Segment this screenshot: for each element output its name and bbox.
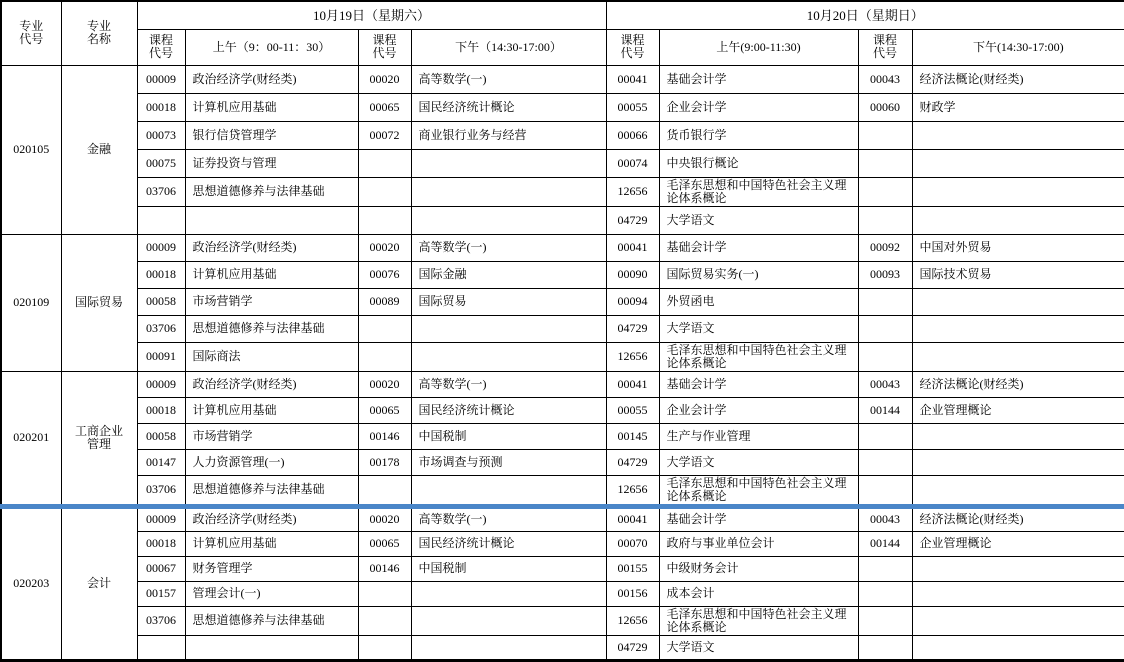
course-name-cell: 中国税制 [411,556,606,581]
course-name-cell: 高等数学(一) [411,506,606,531]
course-code-cell: 00144 [858,397,912,423]
course-code-cell: 00156 [606,581,659,606]
course-name-cell: 中国对外贸易 [912,234,1124,261]
course-code-cell: 00092 [858,234,912,261]
course-name-cell: 中级财务会计 [659,556,858,581]
major-code-header: 专业代号 [1,1,61,65]
course-code-cell: 00147 [137,449,185,475]
course-code-cell: 00178 [358,449,411,475]
course-name-cell [411,315,606,342]
course-code-cell: 00009 [137,65,185,93]
course-name-cell: 国际商法 [185,342,358,371]
course-code-cell: 00065 [358,93,411,121]
course-name-cell: 成本会计 [659,581,858,606]
course-name-cell: 市场营销学 [185,423,358,449]
course-name-cell: 基础会计学 [659,506,858,531]
course-name-cell: 货币银行学 [659,121,858,149]
major-name-cell: 国际贸易 [61,234,137,371]
course-code-cell [858,288,912,315]
schedule-row: 00058市场营销学00089国际贸易00094外贸函电 [1,288,1124,315]
course-name-cell: 高等数学(一) [411,234,606,261]
course-code-cell: 00075 [137,149,185,177]
course-name-cell: 计算机应用基础 [185,531,358,556]
course-code-cell [858,315,912,342]
course-code-cell [858,475,912,506]
course-code-cell: 00073 [137,121,185,149]
course-code-cell [137,635,185,660]
course-code-cell: 00018 [137,261,185,288]
schedule-row: 00018计算机应用基础00065国民经济统计概论00070政府与事业单位会计0… [1,531,1124,556]
day1-pm-header: 下午（14:30-17:00） [411,29,606,65]
course-code-cell: 00144 [858,531,912,556]
major-name-cell: 会计 [61,506,137,660]
major-name-label: 金融 [87,143,111,156]
course-code-cell: 00020 [358,234,411,261]
course-name-cell [912,475,1124,506]
course-name-cell [912,149,1124,177]
course-name-cell: 国际技术贸易 [912,261,1124,288]
course-code-cell: 12656 [606,606,659,635]
day1-pm-course-code-header: 课程代号 [358,29,411,65]
course-code-cell: 04729 [606,449,659,475]
schedule-row: 00075证券投资与管理00074中央银行概论 [1,149,1124,177]
course-code-cell: 00018 [137,397,185,423]
course-code-cell: 00041 [606,371,659,397]
course-name-cell: 国民经济统计概论 [411,93,606,121]
day1-am-header: 上午（9：00-11：30） [185,29,358,65]
day1-date-header: 10月19日（星期六） [137,1,606,29]
course-name-cell: 企业管理概论 [912,531,1124,556]
course-name-cell: 基础会计学 [659,371,858,397]
course-code-cell: 00157 [137,581,185,606]
course-name-cell: 企业会计学 [659,93,858,121]
course-name-cell [411,581,606,606]
course-name-cell: 计算机应用基础 [185,397,358,423]
course-code-cell [358,149,411,177]
day2-am-course-code-header: 课程代号 [606,29,659,65]
course-code-cell [858,449,912,475]
course-code-cell [858,206,912,234]
course-code-cell: 00145 [606,423,659,449]
course-name-cell [912,581,1124,606]
course-code-cell [358,315,411,342]
course-code-cell: 00043 [858,371,912,397]
schedule-row: 03706思想道德修养与法律基础12656毛泽东思想和中国特色社会主义理论体系概… [1,606,1124,635]
course-code-cell [137,206,185,234]
course-code-cell: 12656 [606,342,659,371]
course-code-cell [358,342,411,371]
course-name-cell: 毛泽东思想和中国特色社会主义理论体系概论 [659,342,858,371]
course-name-cell: 财务管理学 [185,556,358,581]
course-name-cell: 国际贸易实务(一) [659,261,858,288]
course-name-cell: 大学语文 [659,315,858,342]
course-code-cell: 04729 [606,206,659,234]
course-name-cell [912,315,1124,342]
course-code-cell: 00020 [358,65,411,93]
course-code-cell: 00094 [606,288,659,315]
course-code-cell [358,177,411,206]
course-name-cell: 基础会计学 [659,65,858,93]
course-code-cell: 00065 [358,531,411,556]
course-name-cell: 计算机应用基础 [185,261,358,288]
day2-am-header: 上午(9:00-11:30) [659,29,858,65]
course-name-cell: 政治经济学(财经类) [185,234,358,261]
schedule-row: 00058市场营销学00146中国税制00145生产与作业管理 [1,423,1124,449]
course-code-cell: 00009 [137,371,185,397]
course-code-cell: 00072 [358,121,411,149]
course-code-cell: 00020 [358,371,411,397]
course-code-cell: 00093 [858,261,912,288]
course-name-cell: 市场调查与预测 [411,449,606,475]
course-code-cell: 03706 [137,177,185,206]
course-code-cell: 00090 [606,261,659,288]
course-code-cell: 00043 [858,506,912,531]
table-body: 020105金融00009政治经济学(财经类)00020高等数学(一)00041… [1,65,1124,660]
major-name-cell: 工商企业管理 [61,371,137,506]
course-name-cell [912,423,1124,449]
course-name-cell: 中国税制 [411,423,606,449]
major-name-label: 工商企业管理 [71,425,128,451]
course-name-cell: 经济法概论(财经类) [912,65,1124,93]
course-name-cell: 高等数学(一) [411,65,606,93]
course-name-cell: 思想道德修养与法律基础 [185,315,358,342]
course-code-cell: 00009 [137,506,185,531]
table-header: 专业代号 专业名称 10月19日（星期六） 10月20日（星期日） 课程代号 上… [1,1,1124,65]
course-name-cell: 毛泽东思想和中国特色社会主义理论体系概论 [659,606,858,635]
course-name-cell [912,121,1124,149]
course-name-cell: 市场营销学 [185,288,358,315]
schedule-row: 00091国际商法12656毛泽东思想和中国特色社会主义理论体系概论 [1,342,1124,371]
schedule-row: 00018计算机应用基础00065国民经济统计概论00055企业会计学00144… [1,397,1124,423]
course-code-cell: 00018 [137,93,185,121]
course-name-cell: 国民经济统计概论 [411,397,606,423]
course-code-cell: 00060 [858,93,912,121]
course-name-cell: 企业管理概论 [912,397,1124,423]
schedule-row: 00018计算机应用基础00076国际金融00090国际贸易实务(一)00093… [1,261,1124,288]
course-name-cell: 思想道德修养与法律基础 [185,475,358,506]
course-name-cell: 思想道德修养与法律基础 [185,606,358,635]
major-code-cell: 020203 [1,506,61,660]
course-code-cell [858,342,912,371]
course-code-cell: 00066 [606,121,659,149]
course-name-cell [912,288,1124,315]
course-name-cell: 经济法概论(财经类) [912,506,1124,531]
course-name-cell [411,475,606,506]
course-code-cell [358,581,411,606]
course-code-cell: 00058 [137,423,185,449]
course-code-cell: 00058 [137,288,185,315]
course-code-cell [358,206,411,234]
course-name-cell: 企业会计学 [659,397,858,423]
course-name-cell [411,635,606,660]
course-name-cell: 国民经济统计概论 [411,531,606,556]
course-code-cell: 12656 [606,475,659,506]
major-code-cell: 020105 [1,65,61,234]
schedule-row: 00018计算机应用基础00065国民经济统计概论00055企业会计学00060… [1,93,1124,121]
course-name-cell [411,149,606,177]
course-name-cell: 管理会计(一) [185,581,358,606]
course-code-cell: 00089 [358,288,411,315]
course-name-cell [912,177,1124,206]
schedule-row: 03706思想道德修养与法律基础04729大学语文 [1,315,1124,342]
course-code-cell: 00041 [606,234,659,261]
schedule-row: 020201工商企业管理00009政治经济学(财经类)00020高等数学(一)0… [1,371,1124,397]
course-code-cell [858,149,912,177]
course-name-cell: 银行信贷管理学 [185,121,358,149]
course-code-cell: 00055 [606,397,659,423]
course-code-cell: 00041 [606,65,659,93]
course-code-cell: 00076 [358,261,411,288]
course-name-cell: 计算机应用基础 [185,93,358,121]
course-name-cell [912,556,1124,581]
course-name-cell [411,206,606,234]
course-name-cell: 证券投资与管理 [185,149,358,177]
course-name-cell: 高等数学(一) [411,371,606,397]
exam-schedule-table: 专业代号 专业名称 10月19日（星期六） 10月20日（星期日） 课程代号 上… [0,0,1124,662]
schedule-row: 00073银行信贷管理学00072商业银行业务与经营00066货币银行学 [1,121,1124,149]
course-code-cell: 00074 [606,149,659,177]
course-name-cell: 人力资源管理(一) [185,449,358,475]
course-name-cell [411,342,606,371]
course-code-cell: 04729 [606,315,659,342]
major-code-cell: 020201 [1,371,61,506]
major-name-cell: 金融 [61,65,137,234]
course-name-cell: 生产与作业管理 [659,423,858,449]
course-name-cell: 中央银行概论 [659,149,858,177]
schedule-row: 03706思想道德修养与法律基础12656毛泽东思想和中国特色社会主义理论体系概… [1,177,1124,206]
course-name-cell [185,206,358,234]
day2-pm-header: 下午(14:30-17:00) [912,29,1124,65]
course-code-cell [858,121,912,149]
schedule-row: 00067财务管理学00146中国税制00155中级财务会计 [1,556,1124,581]
course-name-cell: 毛泽东思想和中国特色社会主义理论体系概论 [659,475,858,506]
course-code-cell: 03706 [137,315,185,342]
course-code-cell: 00091 [137,342,185,371]
course-name-cell: 经济法概论(财经类) [912,371,1124,397]
course-code-cell [858,556,912,581]
course-code-cell: 04729 [606,635,659,660]
course-code-cell [858,423,912,449]
course-name-cell: 大学语文 [659,206,858,234]
course-code-cell: 00146 [358,423,411,449]
course-name-cell: 国际贸易 [411,288,606,315]
course-name-cell: 思想道德修养与法律基础 [185,177,358,206]
day1-am-course-code-header: 课程代号 [137,29,185,65]
course-name-cell: 毛泽东思想和中国特色社会主义理论体系概论 [659,177,858,206]
schedule-row: 00157管理会计(一)00156成本会计 [1,581,1124,606]
schedule-row: 020105金融00009政治经济学(财经类)00020高等数学(一)00041… [1,65,1124,93]
course-code-cell: 00041 [606,506,659,531]
schedule-row: 04729大学语文 [1,635,1124,660]
course-code-cell: 03706 [137,475,185,506]
course-code-cell [358,635,411,660]
schedule-row: 020109国际贸易00009政治经济学(财经类)00020高等数学(一)000… [1,234,1124,261]
course-name-cell: 政治经济学(财经类) [185,506,358,531]
course-code-cell: 12656 [606,177,659,206]
course-name-cell: 大学语文 [659,449,858,475]
course-name-cell [185,635,358,660]
course-code-cell: 00055 [606,93,659,121]
course-name-cell: 国际金融 [411,261,606,288]
course-name-cell [912,606,1124,635]
course-code-cell [858,581,912,606]
course-name-cell: 政治经济学(财经类) [185,371,358,397]
course-name-cell: 外贸函电 [659,288,858,315]
course-code-cell: 00065 [358,397,411,423]
course-code-cell: 00070 [606,531,659,556]
course-code-cell [358,606,411,635]
schedule-row: 020203会计00009政治经济学(财经类)00020高等数学(一)00041… [1,506,1124,531]
course-code-cell: 00009 [137,234,185,261]
course-name-cell [411,177,606,206]
schedule-row: 00147人力资源管理(一)00178市场调查与预测04729大学语文 [1,449,1124,475]
course-name-cell: 政治经济学(财经类) [185,65,358,93]
schedule-row: 03706思想道德修养与法律基础12656毛泽东思想和中国特色社会主义理论体系概… [1,475,1124,506]
course-name-cell [912,206,1124,234]
course-name-cell: 基础会计学 [659,234,858,261]
course-code-cell [358,475,411,506]
course-code-cell: 00043 [858,65,912,93]
major-code-cell: 020109 [1,234,61,371]
course-code-cell [858,177,912,206]
schedule-row: 04729大学语文 [1,206,1124,234]
course-name-cell: 大学语文 [659,635,858,660]
course-code-cell: 00018 [137,531,185,556]
course-name-cell: 商业银行业务与经营 [411,121,606,149]
course-code-cell [858,635,912,660]
course-code-cell: 03706 [137,606,185,635]
course-name-cell: 政府与事业单位会计 [659,531,858,556]
course-code-cell: 00155 [606,556,659,581]
course-code-cell: 00020 [358,506,411,531]
major-name-label: 会计 [87,577,111,590]
course-code-cell: 00146 [358,556,411,581]
course-name-cell [912,342,1124,371]
course-name-cell [912,635,1124,660]
major-name-header: 专业名称 [61,1,137,65]
day2-pm-course-code-header: 课程代号 [858,29,912,65]
major-name-label: 国际贸易 [75,296,123,309]
course-code-cell [858,606,912,635]
day2-date-header: 10月20日（星期日） [606,1,1124,29]
course-code-cell: 00067 [137,556,185,581]
course-name-cell [912,449,1124,475]
course-name-cell [411,606,606,635]
course-name-cell: 财政学 [912,93,1124,121]
